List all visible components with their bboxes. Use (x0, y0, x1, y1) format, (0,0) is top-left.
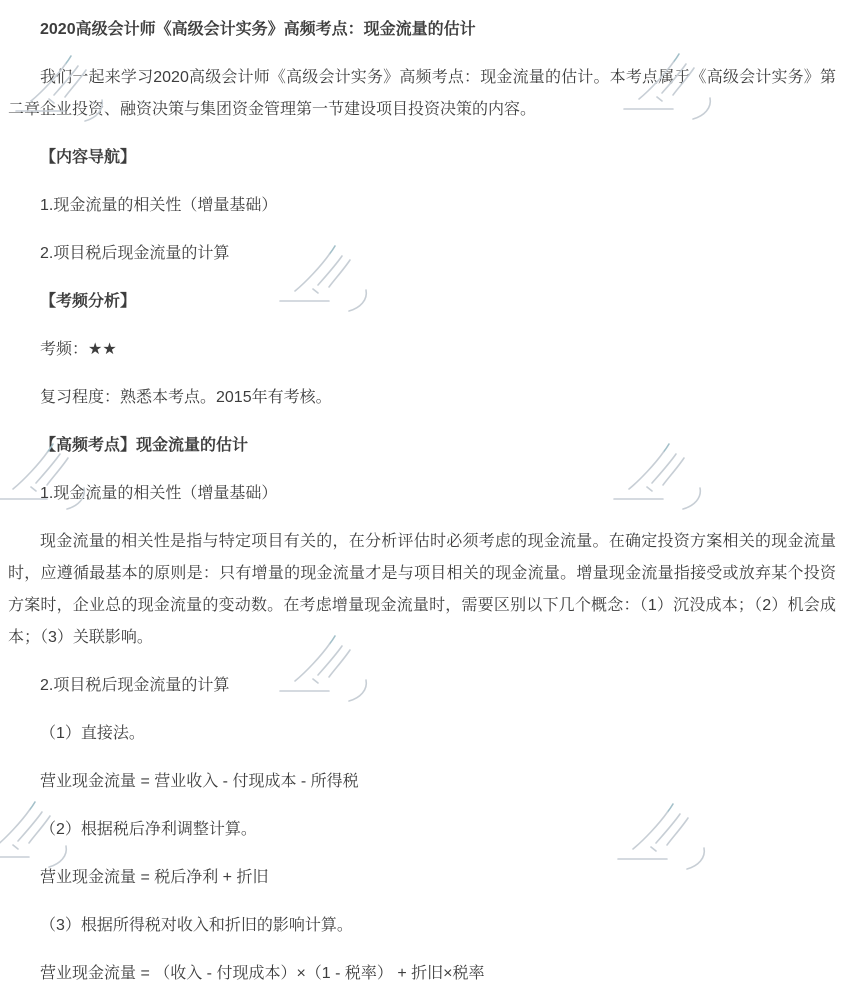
section-heading-key-point: 【高频考点】现金流量的估计 (8, 430, 836, 462)
page-title: 2020高级会计师《高级会计实务》高频考点：现金流量的估计 (8, 14, 836, 46)
formula-net-profit-method: 营业现金流量 = 税后净利 + 折旧 (8, 862, 836, 894)
relevance-paragraph: 现金流量的相关性是指与特定项目有关的，在分析评估时必须考虑的现金流量。在确定投资… (8, 526, 836, 654)
article-content: 2020高级会计师《高级会计实务》高频考点：现金流量的估计 我们一起来学习202… (0, 0, 844, 990)
review-level-note: 复习程度：熟悉本考点。2015年有考核。 (8, 382, 836, 414)
subsection-2-title: 2.项目税后现金流量的计算 (8, 670, 836, 702)
nav-item-2: 2.项目税后现金流量的计算 (8, 238, 836, 270)
intro-paragraph: 我们一起来学习2020高级会计师《高级会计实务》高频考点：现金流量的估计。本考点… (8, 62, 836, 126)
section-heading-exam-frequency: 【考频分析】 (8, 286, 836, 318)
article-page: { "page": { "background_color": "#ffffff… (0, 0, 844, 995)
subsection-1-title: 1.现金流量的相关性（增量基础） (8, 478, 836, 510)
formula-tax-effect-method: 营业现金流量 = （收入 - 付现成本）×（1 - 税率） + 折旧×税率 (8, 958, 836, 990)
formula-direct-method: 营业现金流量 = 营业收入 - 付现成本 - 所得税 (8, 766, 836, 798)
method-1-label: （1）直接法。 (8, 718, 836, 750)
method-3-label: （3）根据所得税对收入和折旧的影响计算。 (8, 910, 836, 942)
exam-frequency-stars: 考频：★★ (8, 334, 836, 366)
section-heading-content-nav: 【内容导航】 (8, 142, 836, 174)
method-2-label: （2）根据税后净利调整计算。 (8, 814, 836, 846)
nav-item-1: 1.现金流量的相关性（增量基础） (8, 190, 836, 222)
